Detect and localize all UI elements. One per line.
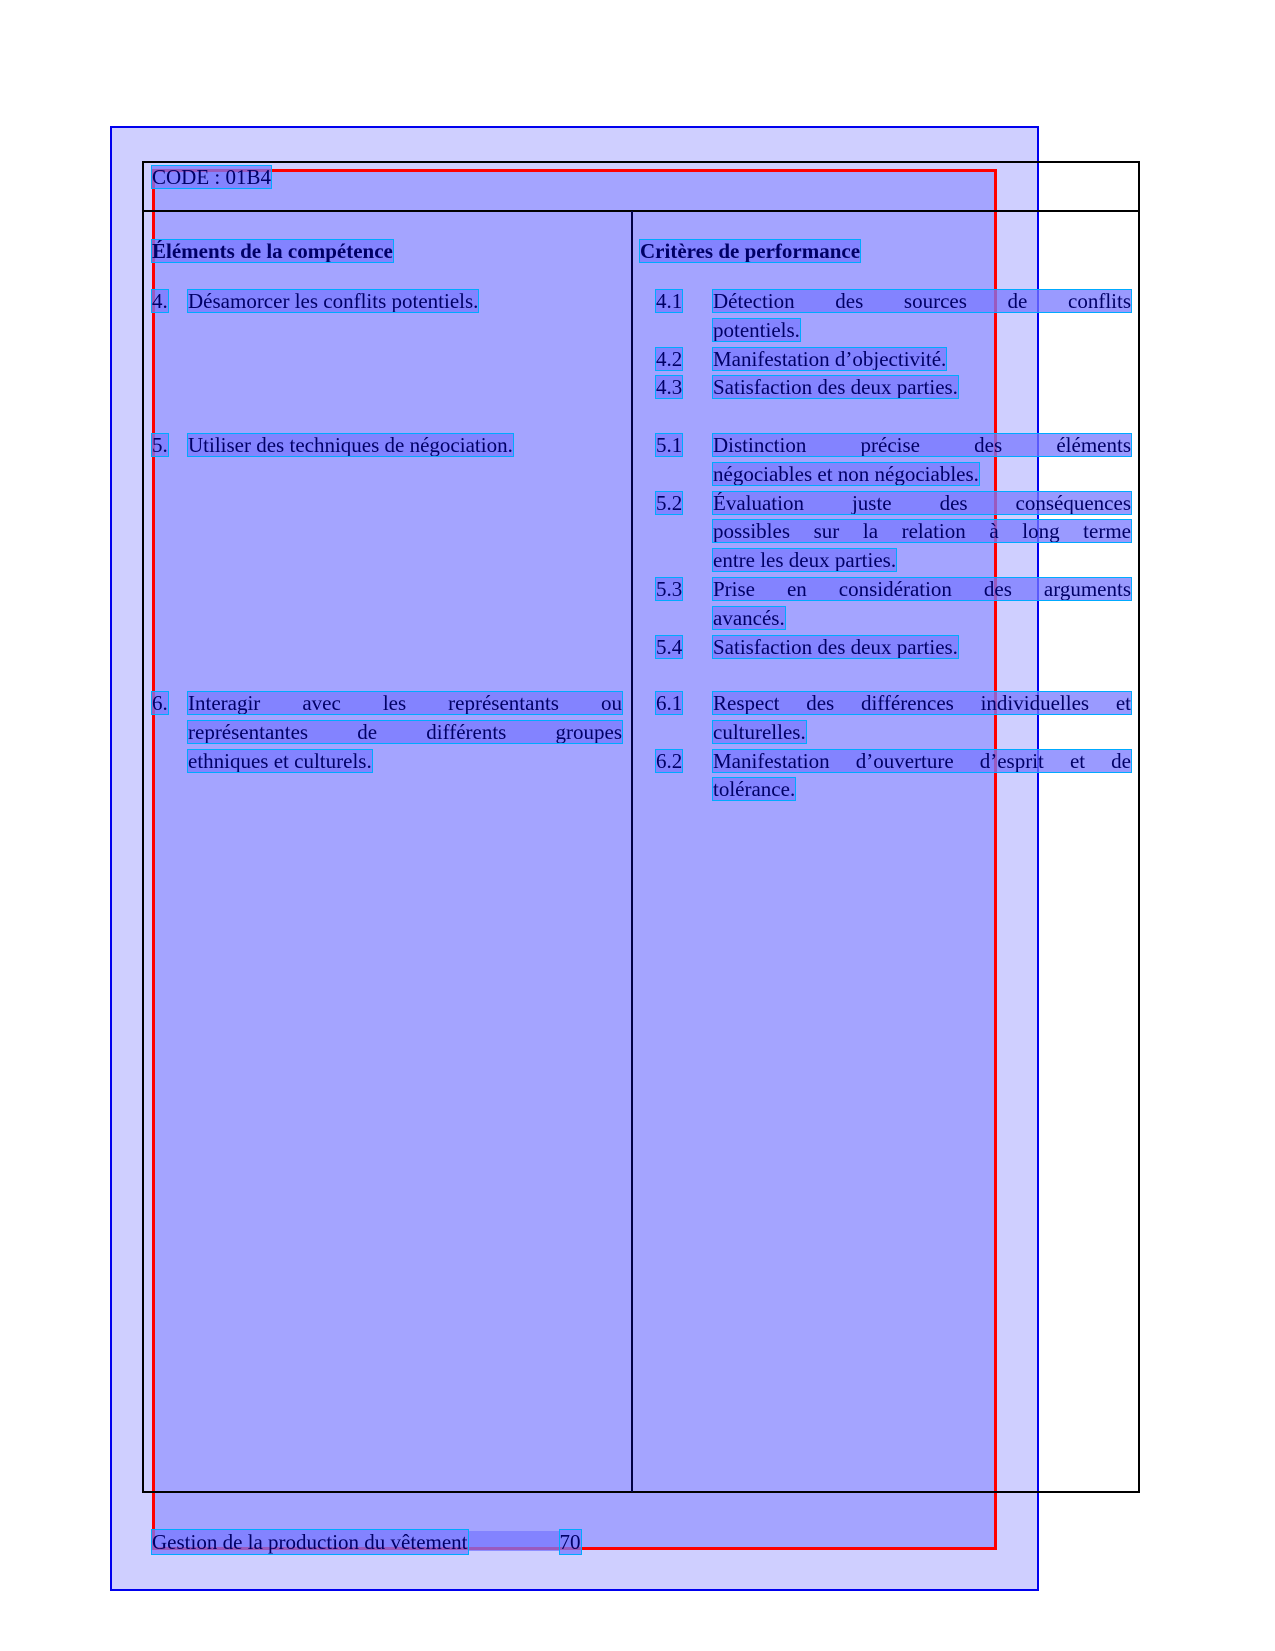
criterion-number: 5.3 bbox=[656, 578, 682, 600]
criterion-text-line: avancés. bbox=[713, 607, 785, 629]
criterion-text-line: Évaluation juste des conséquences bbox=[713, 492, 1131, 514]
criterion-number: 5.4 bbox=[656, 636, 682, 658]
criterion-number: 4.1 bbox=[656, 290, 682, 312]
criterion-text-line: Manifestation d’objectivité. bbox=[713, 348, 946, 370]
criterion-text-line: négociables et non négociables. bbox=[713, 463, 979, 485]
criterion-number: 4.3 bbox=[656, 376, 682, 398]
criterion-text-line: potentiels. bbox=[713, 319, 800, 341]
element-number: 5. bbox=[152, 434, 168, 456]
footer-page-number: 70 bbox=[560, 1530, 581, 1554]
footer-title: Gestion de la production du vêtement bbox=[152, 1530, 468, 1554]
page-footer: Gestion de la production du vêtement70 bbox=[152, 1531, 581, 1553]
element-number: 6. bbox=[152, 692, 168, 714]
table-column-divider bbox=[631, 211, 633, 1492]
criterion-text-line: entre les deux parties. bbox=[713, 549, 896, 571]
criterion-text-line: culturelles. bbox=[713, 721, 806, 743]
criterion-text-line: possibles sur la relation à long terme bbox=[713, 520, 1131, 542]
criterion-number: 5.2 bbox=[656, 492, 682, 514]
criterion-text-line: Prise en considération des arguments bbox=[713, 578, 1131, 600]
criterion-number: 4.2 bbox=[656, 348, 682, 370]
criterion-number: 6.1 bbox=[656, 692, 682, 714]
element-text-line: Interagir avec les représentants ou bbox=[188, 692, 622, 714]
criterion-text-line: Satisfaction des deux parties. bbox=[713, 376, 958, 398]
element-text-line: Utiliser des techniques de négociation. bbox=[188, 434, 513, 456]
criterion-text-line: tolérance. bbox=[713, 778, 795, 800]
table-header-divider bbox=[142, 210, 1140, 212]
element-text-line: représentantes de différents groupes bbox=[188, 721, 622, 743]
criterion-text-line: Manifestation d’ouverture d’esprit et de bbox=[713, 750, 1131, 772]
criterion-text-line: Détection des sources de conflits bbox=[713, 290, 1131, 312]
criterion-number: 5.1 bbox=[656, 434, 682, 456]
course-code: CODE : 01B4 bbox=[152, 166, 271, 188]
criterion-text-line: Respect des différences individuelles et bbox=[713, 692, 1131, 714]
criterion-number: 6.2 bbox=[656, 750, 682, 772]
criterion-text-line: Distinction précise des éléments bbox=[713, 434, 1131, 456]
column-header-criteria: Critères de performance bbox=[640, 240, 860, 262]
competency-table bbox=[142, 161, 1140, 1493]
footer-leader bbox=[468, 1531, 560, 1551]
element-text-line: ethniques et culturels. bbox=[188, 750, 372, 772]
criterion-text-line: Satisfaction des deux parties. bbox=[713, 636, 958, 658]
column-header-elements: Éléments de la compétence bbox=[152, 240, 393, 262]
element-text-line: Désamorcer les conflits potentiels. bbox=[188, 290, 478, 312]
element-number: 4. bbox=[152, 290, 168, 312]
